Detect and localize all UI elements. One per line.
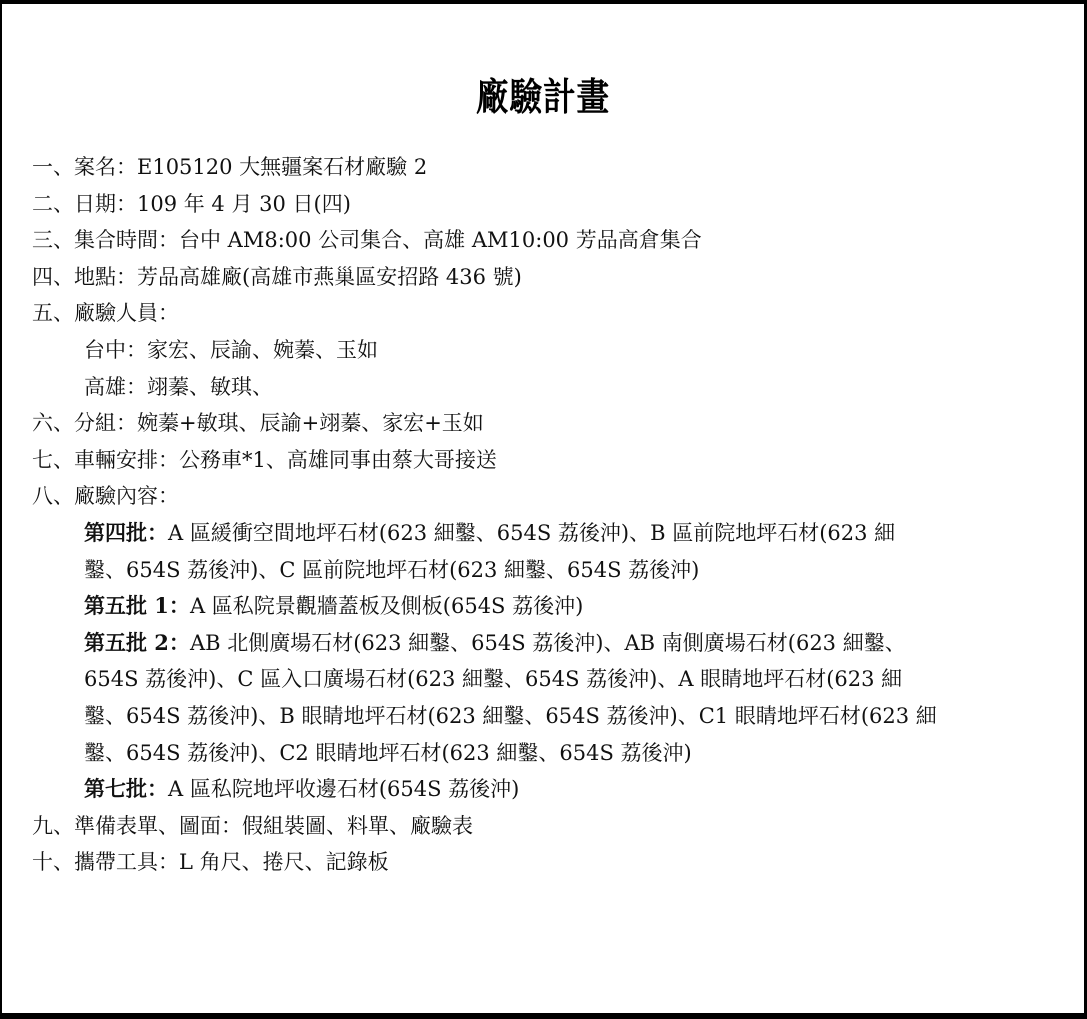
batch-text: 鑿、654S 荔後沖)、C2 眼睛地坪石材(623 細鑿、654S 荔後沖) [84, 741, 692, 765]
section-value: 台中 AM8:00 公司集合、高雄 AM10:00 芳品高倉集合 [179, 228, 702, 252]
batch-text: 鑿、654S 荔後沖)、B 眼睛地坪石材(623 細鑿、654S 荔後沖)、C1… [84, 704, 937, 728]
batch-text: A 區緩衝空間地坪石材(623 細鑿、654S 荔後沖)、B 區前院地坪石材(6… [168, 521, 895, 545]
section-value: 芳品高雄廠(高雄市燕巢區安招路 436 號) [137, 265, 522, 289]
batch-label: 第五批 1： [84, 593, 190, 618]
section-label: 五、廠驗人員： [32, 301, 179, 325]
batch-5-2-line-4: 鑿、654S 荔後沖)、C2 眼睛地坪石材(623 細鑿、654S 荔後沖) [32, 735, 1064, 772]
document-body: 一、案名：E105120 大無疆案石材廠驗 2 二、日期：109 年 4 月 3… [32, 149, 1064, 881]
section-label: 一、案名： [32, 155, 137, 179]
section-label: 四、地點： [32, 265, 137, 289]
document-page: 廠驗計畫 一、案名：E105120 大無疆案石材廠驗 2 二、日期：109 年 … [0, 0, 1087, 1019]
section-forms-drawings: 九、準備表單、圖面：假組裝圖、料單、廠驗表 [32, 808, 1064, 845]
section-label: 十、攜帶工具： [32, 850, 179, 874]
section-label: 八、廠驗內容： [32, 484, 179, 508]
inspectors-kaohsiung: 高雄：翊蓁、敏琪、 [32, 369, 1064, 406]
section-case-name: 一、案名：E105120 大無疆案石材廠驗 2 [32, 149, 1064, 186]
city-label: 台中： [84, 338, 147, 362]
section-meeting-time: 三、集合時間：台中 AM8:00 公司集合、高雄 AM10:00 芳品高倉集合 [32, 222, 1064, 259]
batch-text: AB 北側廣場石材(623 細鑿、654S 荔後沖)、AB 南側廣場石材(623… [190, 631, 906, 655]
section-location: 四、地點：芳品高雄廠(高雄市燕巢區安招路 436 號) [32, 259, 1064, 296]
section-date: 二、日期：109 年 4 月 30 日(四) [32, 186, 1064, 223]
batch-5-2-line-3: 鑿、654S 荔後沖)、B 眼睛地坪石材(623 細鑿、654S 荔後沖)、C1… [32, 698, 1064, 735]
batch-text: 鑿、654S 荔後沖)、C 區前院地坪石材(623 細鑿、654S 荔後沖) [84, 558, 699, 582]
batch-label: 第七批： [84, 776, 168, 801]
section-label: 二、日期： [32, 192, 137, 216]
batch-4-line-2: 鑿、654S 荔後沖)、C 區前院地坪石材(623 細鑿、654S 荔後沖) [32, 552, 1064, 589]
batch-label: 第四批： [84, 520, 168, 545]
section-inspectors: 五、廠驗人員： [32, 295, 1064, 332]
batch-text: A 區私院景觀牆蓋板及側板(654S 荔後沖) [190, 594, 583, 618]
batch-7-line-1: 第七批：A 區私院地坪收邊石材(654S 荔後沖) [32, 771, 1064, 808]
batch-5-2-line-1: 第五批 2：AB 北側廣場石材(623 細鑿、654S 荔後沖)、AB 南側廣場… [32, 625, 1064, 662]
section-groups: 六、分組：婉蓁+敏琪、辰諭+翊蓁、家宏+玉如 [32, 405, 1064, 442]
batch-label: 第五批 2： [84, 630, 190, 655]
inspectors-taichung: 台中：家宏、辰諭、婉蓁、玉如 [32, 332, 1064, 369]
batch-4-line-1: 第四批：A 區緩衝空間地坪石材(623 細鑿、654S 荔後沖)、B 區前院地坪… [32, 515, 1064, 552]
section-label: 七、車輛安排： [32, 448, 179, 472]
section-tools: 十、攜帶工具：L 角尺、捲尺、記錄板 [32, 844, 1064, 881]
batch-text: 654S 荔後沖)、C 區入口廣場石材(623 細鑿、654S 荔後沖)、A 眼… [84, 667, 902, 691]
section-value: L 角尺、捲尺、記錄板 [179, 850, 389, 874]
city-label: 高雄： [84, 375, 147, 399]
batch-5-2-line-2: 654S 荔後沖)、C 區入口廣場石材(623 細鑿、654S 荔後沖)、A 眼… [32, 661, 1064, 698]
section-value: E105120 大無疆案石材廠驗 2 [137, 155, 427, 179]
section-value: 公務車*1、高雄同事由蔡大哥接送 [179, 448, 497, 472]
section-label: 六、分組： [32, 411, 137, 435]
section-label: 三、集合時間： [32, 228, 179, 252]
batch-5-1-line-1: 第五批 1：A 區私院景觀牆蓋板及側板(654S 荔後沖) [32, 588, 1064, 625]
document-title: 廠驗計畫 [78, 66, 1009, 121]
batch-text: A 區私院地坪收邊石材(654S 荔後沖) [168, 777, 519, 801]
inspector-names: 翊蓁、敏琪、 [147, 375, 273, 399]
section-value: 109 年 4 月 30 日(四) [137, 192, 351, 216]
section-value: 假組裝圖、料單、廠驗表 [242, 814, 473, 838]
inspector-names: 家宏、辰諭、婉蓁、玉如 [147, 338, 378, 362]
section-inspection-content: 八、廠驗內容： [32, 478, 1064, 515]
section-value: 婉蓁+敏琪、辰諭+翊蓁、家宏+玉如 [137, 411, 484, 435]
section-label: 九、準備表單、圖面： [32, 814, 242, 838]
section-vehicles: 七、車輛安排：公務車*1、高雄同事由蔡大哥接送 [32, 442, 1064, 479]
